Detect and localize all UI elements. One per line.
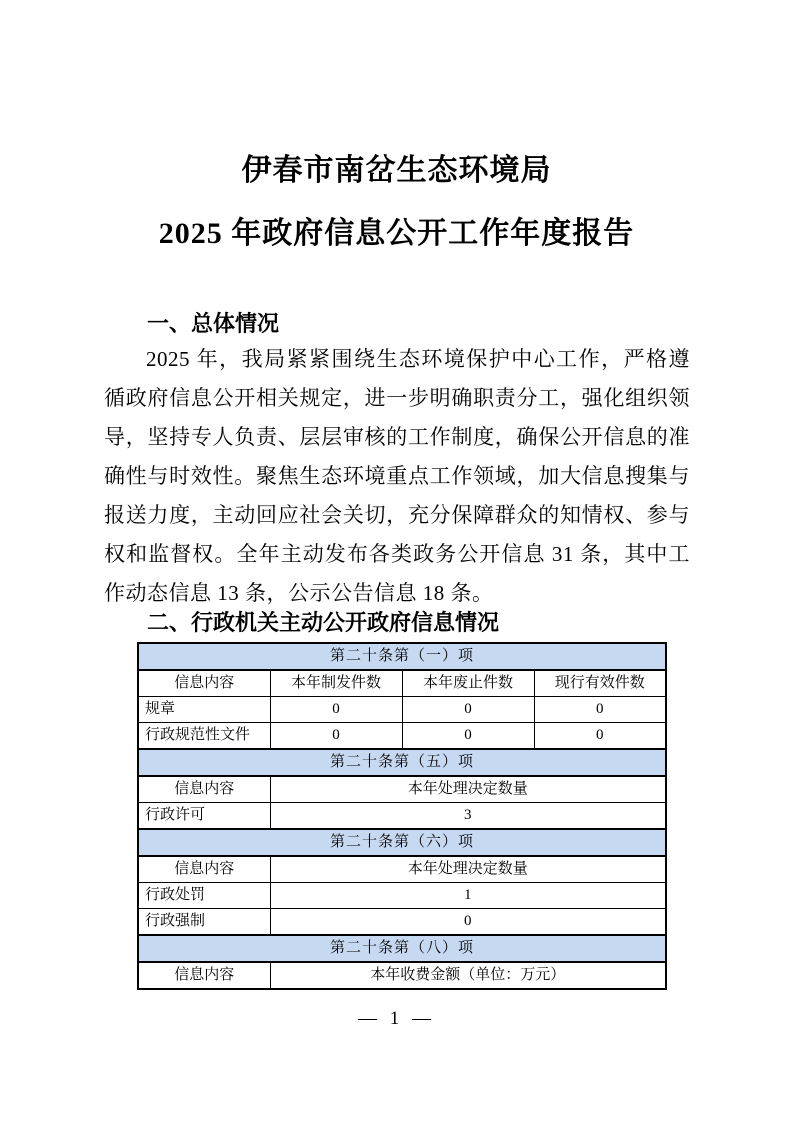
column-header: 本年收费金额（单位：万元）: [270, 962, 666, 989]
document-title-line2: 2025 年政府信息公开工作年度报告: [0, 214, 793, 254]
page-number: — 1 —: [0, 1008, 793, 1030]
cell-value: 0: [402, 697, 534, 723]
table-header-row: 信息内容 本年制发件数 本年废止件数 现行有效件数: [138, 670, 666, 697]
table-row: 行政处罚 1: [138, 883, 666, 909]
document-title-line1: 伊春市南岔生态环境局: [0, 151, 793, 191]
cell-value: 3: [270, 803, 666, 830]
column-header: 现行有效件数: [534, 670, 666, 697]
column-header: 信息内容: [138, 670, 270, 697]
row-label: 行政规范性文件: [138, 723, 270, 750]
table-section-header-item8: 第二十条第（八）项: [138, 935, 666, 962]
table-section-title: 第二十条第（一）项: [138, 643, 666, 670]
section-heading-proactive-disclosure: 二、行政机关主动公开政府信息情况: [104, 609, 733, 637]
section-heading-overview: 一、总体情况: [104, 310, 733, 338]
disclosure-statistics-table: 第二十条第（一）项 信息内容 本年制发件数 本年废止件数 现行有效件数 规章 0…: [137, 642, 667, 990]
row-label: 行政处罚: [138, 883, 270, 909]
cell-value: 0: [270, 909, 666, 936]
table-row: 规章 0 0 0: [138, 697, 666, 723]
column-header: 本年处理决定数量: [270, 856, 666, 883]
table-section-title: 第二十条第（六）项: [138, 829, 666, 856]
cell-value: 1: [270, 883, 666, 909]
cell-value: 0: [534, 697, 666, 723]
row-label: 规章: [138, 697, 270, 723]
overview-paragraph: 2025 年，我局紧紧围绕生态环境保护中心工作，严格遵循政府信息公开相关规定，进…: [104, 340, 690, 613]
cell-value: 0: [270, 697, 402, 723]
table-section-header-item5: 第二十条第（五）项: [138, 749, 666, 776]
table-header-row: 信息内容 本年处理决定数量: [138, 856, 666, 883]
cell-value: 0: [534, 723, 666, 750]
table-header-row: 信息内容 本年收费金额（单位：万元）: [138, 962, 666, 989]
table-section-title: 第二十条第（五）项: [138, 749, 666, 776]
table-row: 行政许可 3: [138, 803, 666, 830]
table-section-header-item1: 第二十条第（一）项: [138, 643, 666, 670]
column-header: 本年制发件数: [270, 670, 402, 697]
column-header: 本年废止件数: [402, 670, 534, 697]
table-section-header-item6: 第二十条第（六）项: [138, 829, 666, 856]
row-label: 行政强制: [138, 909, 270, 936]
table-row: 行政规范性文件 0 0 0: [138, 723, 666, 750]
column-header: 信息内容: [138, 856, 270, 883]
cell-value: 0: [270, 723, 402, 750]
column-header: 本年处理决定数量: [270, 776, 666, 803]
column-header: 信息内容: [138, 776, 270, 803]
table-section-title: 第二十条第（八）项: [138, 935, 666, 962]
document-page: 伊春市南岔生态环境局 2025 年政府信息公开工作年度报告 一、总体情况 202…: [0, 0, 793, 1122]
column-header: 信息内容: [138, 962, 270, 989]
cell-value: 0: [402, 723, 534, 750]
table-header-row: 信息内容 本年处理决定数量: [138, 776, 666, 803]
row-label: 行政许可: [138, 803, 270, 830]
table-row: 行政强制 0: [138, 909, 666, 936]
